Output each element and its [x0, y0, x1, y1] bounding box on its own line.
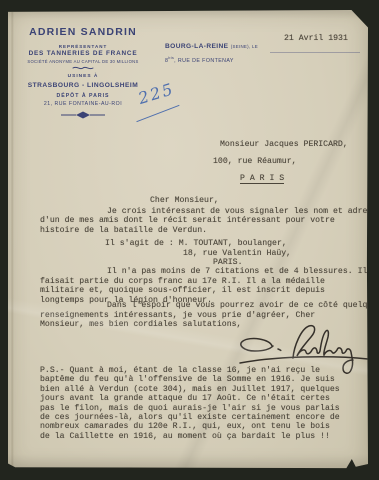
paragraph-3-line: faisait partie du corps franc au 17e R.I… — [40, 277, 360, 287]
postscript-line: baptême du feu qu'à l'offensive de la So… — [40, 375, 360, 384]
dateline-street: 8bis, RUE DE FONTENAY — [165, 56, 234, 64]
recipient-street: 100, rue Réaumur, — [213, 157, 297, 167]
letterhead-flourish-ornament — [60, 110, 106, 120]
recipient-city: P A R I S — [240, 174, 284, 184]
paragraph-3-line: Il n'a pas moins de 7 citations et de 4 … — [40, 267, 360, 277]
dateline-city: BOURG-LA-REINE (SEINE), LE — [165, 43, 258, 50]
paragraph-1-line: Je crois intéressant de vous signaler le… — [40, 207, 360, 217]
salutation: Cher Monsieur, — [150, 196, 219, 206]
postscript: P.S.- Quant à moi, étant de la classe 16… — [40, 366, 360, 441]
postscript-line: P.S.- Quant à moi, étant de la classe 16… — [40, 366, 360, 375]
paragraph-1-line: d'un de mes amis dont le récit serait in… — [40, 216, 360, 226]
typed-date: 21 Avril 1931 — [284, 34, 348, 44]
letterhead-factories-label: USINES À — [12, 74, 154, 79]
recipient-city-underlined: P A R I S — [240, 174, 284, 185]
recipient-name: Monsieur Jacques PERICARD, — [220, 140, 348, 150]
paragraph-3: Il n'a pas moins de 7 citations et de 4 … — [40, 267, 360, 305]
postscript-line: bien allé à Verdun (cote 304), mais en J… — [40, 385, 360, 394]
letterhead-name: ADRIEN SANDRIN — [12, 26, 154, 38]
letter-page: ADRIEN SANDRIN REPRÉSENTANT DES TANNERIE… — [8, 10, 368, 470]
letterhead-company-note: SOCIÉTÉ ANONYME AU CAPITAL DE 30 MILLION… — [12, 59, 154, 64]
paragraph-4-line: Dans l'espoir que vous pourrez avoir de … — [40, 301, 360, 311]
postscript-line: pas le filon, mais de quoi aurais-je l'a… — [40, 404, 360, 413]
postscript-line: de la Caillette en 1916, au moment où ça… — [40, 432, 360, 441]
paragraph-1-line: histoire de la bataille de Verdun. — [40, 226, 360, 236]
letterhead-factories-location: STRASBOURG - LINGOLSHEIM — [12, 82, 154, 89]
street-name: , RUE DE FONTENAY — [174, 57, 234, 63]
letterhead-role: REPRÉSENTANT — [12, 44, 154, 49]
letterhead-company: DES TANNERIES DE FRANCE — [12, 50, 154, 57]
paragraph-2-line: Il s'agit de : M. TOUTANT, boulanger, — [105, 239, 287, 249]
postscript-line: nombreux camarades du 120e R.I., qui, eu… — [40, 422, 360, 431]
postscript-line: jours avant la grande attaque du 17 Août… — [40, 394, 360, 403]
paragraph-2-line: 18, rue Valentin Haüy, — [183, 249, 291, 259]
paragraph-1: Je crois intéressant de vous signaler le… — [40, 207, 360, 236]
dateline-city-name: BOURG-LA-REINE — [165, 43, 228, 50]
letterhead-divider-ornament — [71, 65, 95, 71]
dateline-city-note: (SEINE), LE — [231, 44, 258, 49]
paragraph-3-line: militaire et, quoique sous-officier, il … — [40, 286, 360, 296]
letterhead-depot-label: DÉPÔT À PARIS — [12, 93, 154, 99]
letterhead-depot-address: 21, RUE FONTAINE-AU-ROI — [12, 101, 154, 107]
dateline-rule — [270, 52, 360, 53]
